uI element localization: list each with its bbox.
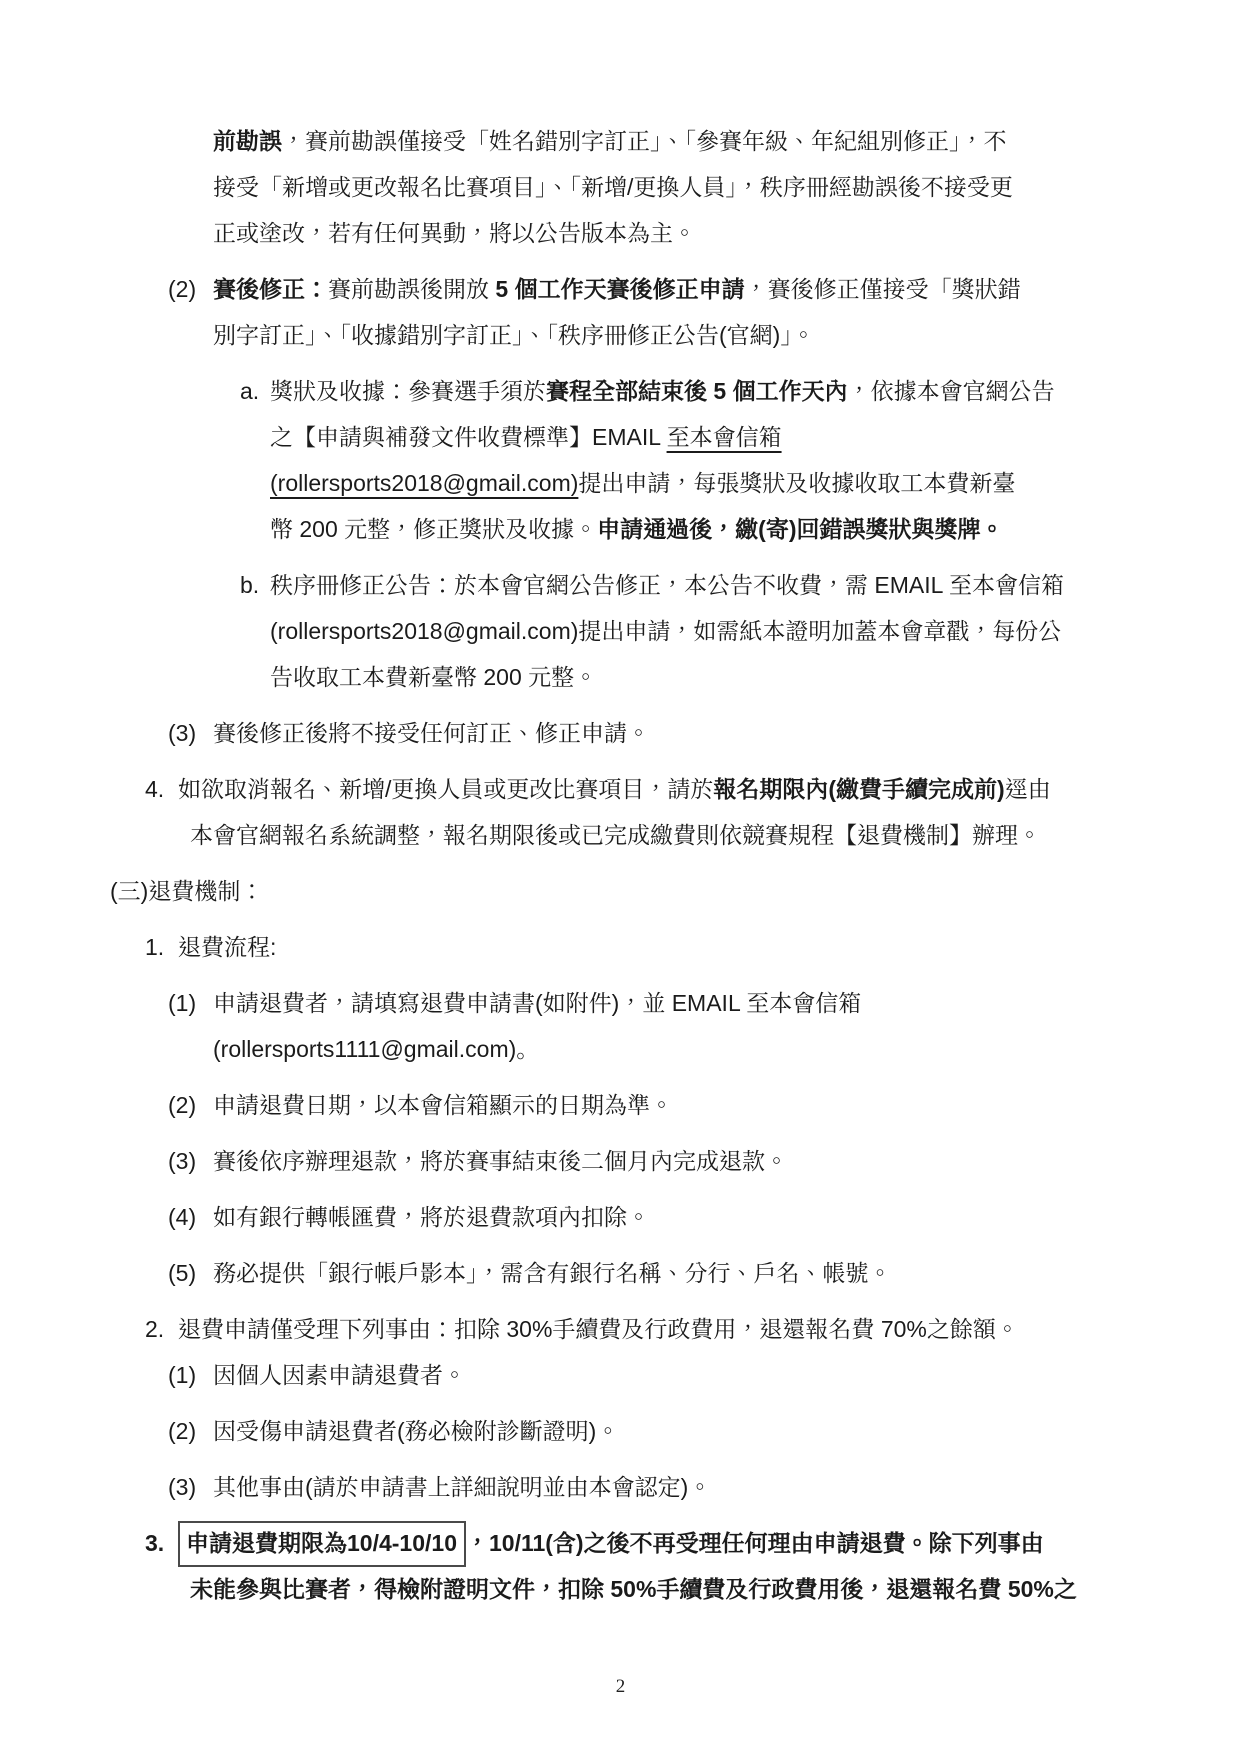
list-item-reason-3: (3)其他事由(請於申請書上詳細說明並由本會認定)。 [0, 1464, 1241, 1510]
list-item-reason-2: (2)因受傷申請退費者(務必檢附診斷證明)。 [0, 1408, 1241, 1454]
text-run: 務必提供「銀行帳戶影本」，需含有銀行名稱、分行、戶名、帳號。 [213, 1260, 892, 1286]
text-run: 獎狀及收據：參賽選手須於 [270, 378, 546, 404]
text-run: 之【申請與補發文件收費標準】EMAIL [270, 424, 667, 450]
list-item-flow-5: (5)務必提供「銀行帳戶影本」，需含有銀行名稱、分行、戶名、帳號。 [0, 1250, 1241, 1296]
list-marker: (3) [168, 1138, 196, 1184]
list-item-reason-1: (1)因個人因素申請退費者。 [0, 1352, 1241, 1398]
bold-run-pre-correction: 前勘誤 [213, 128, 282, 154]
list-item-a-line-2: 之【申請與補發文件收費標準】EMAIL 至本會信箱 [0, 414, 1241, 460]
text-run: 因受傷申請退費者(務必檢附診斷證明)。 [213, 1418, 619, 1444]
list-item-a-line-1: a.獎狀及收據：參賽選手須於賽程全部結束後 5 個工作天內，依據本會官網公告 [0, 368, 1241, 414]
list-marker: (2) [168, 1082, 196, 1128]
list-item-flow-3: (3)賽後依序辦理退款，將於賽事結束後二個月內完成退款。 [0, 1138, 1241, 1184]
text-run: 告收取工本費新臺幣 200 元整。 [270, 664, 597, 690]
list-item-flow-2: (2)申請退費日期，以本會信箱顯示的日期為準。 [0, 1082, 1241, 1128]
list-marker: 4. [145, 766, 164, 812]
bold-run: 申請通過後，繳(寄)回錯誤獎狀與獎牌。 [597, 516, 1003, 542]
list-item-b-line-2: (rollersports2018@gmail.com)提出申請，如需紙本證明加… [0, 608, 1241, 654]
text-run-email-address: (rollersports2018@gmail.com)提出申請，如需紙本證明加… [270, 618, 1061, 644]
list-marker: 1. [145, 924, 164, 970]
text-run: 其他事由(請於申請書上詳細說明並由本會認定)。 [213, 1474, 711, 1500]
bold-run: 賽程全部結束後 5 個工作天內 [546, 378, 848, 404]
text-run: ，依據本會官網公告 [848, 378, 1055, 404]
list-marker: (3) [168, 1464, 196, 1510]
list-item-post-correction-line-1: (2)賽後修正：賽前勘誤後開放 5 個工作天賽後修正申請，賽後修正僅接受「獎狀錯 [0, 266, 1241, 312]
list-marker: (5) [168, 1250, 196, 1296]
bold-run: 5 個工作天賽後修正申請 [495, 276, 744, 302]
list-item-b-line-3: 告收取工本費新臺幣 200 元整。 [0, 654, 1241, 700]
list-marker: a. [240, 368, 259, 414]
list-item-a-line-4: 幣 200 元整，修正獎狀及收據。申請通過後，繳(寄)回錯誤獎狀與獎牌。 [0, 506, 1241, 552]
list-item-post-correction-line-2: 別字訂正」、「收據錯別字訂正」、「秩序冊修正公告(官網)」。 [0, 312, 1241, 358]
text-run: 正或塗改，若有任何異動，將以公告版本為主。 [213, 220, 696, 246]
list-item-a-line-3: (rollersports2018@gmail.com)提出申請，每張獎狀及收據… [0, 460, 1241, 506]
text-run: 別字訂正」、「收據錯別字訂正」、「秩序冊修正公告(官網)」。 [213, 322, 815, 348]
list-item-flow-4: (4)如有銀行轉帳匯費，將於退費款項內扣除。 [0, 1194, 1241, 1240]
bold-run: ，10/11(含)之後不再受理任何理由申請退費。除下列事由 [466, 1530, 1044, 1556]
text-run: 秩序冊修正公告：於本會官網公告修正，本公告不收費，需 EMAIL 至本會信箱 [270, 572, 1064, 598]
text-run: ，賽後修正僅接受「獎狀錯 [745, 276, 1021, 302]
list-item-3num-line-2: 未能參與比賽者，得檢附證明文件，扣除 50%手續費及行政費用後，退還報名費 50… [0, 1566, 1241, 1612]
text-run-email-address: (rollersports1111@gmail.com)。 [213, 1036, 539, 1062]
text-run: 如欲取消報名、新增/更換人員或更改比賽項目，請於 [178, 776, 713, 802]
document-page: 前勘誤，賽前勘誤僅接受「姓名錯別字訂正」、「參賽年級、年紀組別修正」，不 接受「… [0, 0, 1241, 1755]
list-item-3num-line-1: 3.申請退費期限為10/4-10/10，10/11(含)之後不再受理任何理由申請… [0, 1520, 1241, 1566]
text-run: 幣 200 元整，修正獎狀及收據。 [270, 516, 597, 542]
text-run: 逕由 [1005, 776, 1051, 802]
text-run: ，賽前勘誤僅接受「姓名錯別字訂正」、「參賽年級、年紀組別修正」，不 [282, 128, 1007, 154]
list-item-flow-1-line-1: (1)申請退費者，請填寫退費申請書(如附件)，並 EMAIL 至本會信箱 [0, 980, 1241, 1026]
list-item-4-line-1: 4.如欲取消報名、新增/更換人員或更改比賽項目，請於報名期限內(繳費手續完成前)… [0, 766, 1241, 812]
text-run: 退費申請僅受理下列事由：扣除 30%手續費及行政費用，退還報名費 70%之餘額。 [178, 1316, 1019, 1342]
page-number: 2 [0, 1676, 1241, 1698]
text-run: 接受「新增或更改報名比賽項目」、「新增/更換人員」，秩序冊經勘誤後不接受更 [213, 174, 1013, 200]
text-run: 賽後依序辦理退款，將於賽事結束後二個月內完成退款。 [213, 1148, 788, 1174]
list-item-flow-1-line-2: (rollersports1111@gmail.com)。 [0, 1026, 1241, 1072]
underlined-run-email-address: (rollersports2018@gmail.com) [270, 470, 578, 496]
bold-run: 未能參與比賽者，得檢附證明文件，扣除 50%手續費及行政費用後，退還報名費 50… [190, 1576, 1077, 1602]
list-marker: 2. [145, 1306, 164, 1352]
paragraph-pre-correction-line-3: 正或塗改，若有任何異動，將以公告版本為主。 [0, 210, 1241, 256]
text-run: 如有銀行轉帳匯費，將於退費款項內扣除。 [213, 1204, 650, 1230]
list-item-refund-flow-title: 1.退費流程: [0, 924, 1241, 970]
list-marker: (2) [168, 266, 196, 312]
paragraph-pre-correction-line-1: 前勘誤，賽前勘誤僅接受「姓名錯別字訂正」、「參賽年級、年紀組別修正」，不 [0, 118, 1241, 164]
list-marker: b. [240, 562, 259, 608]
list-marker: 3. [145, 1520, 164, 1566]
list-marker: (1) [168, 1352, 196, 1398]
list-item-3paren-line-1: (3)賽後修正後將不接受任何訂正、修正申請。 [0, 710, 1241, 756]
list-item-b-line-1: b.秩序冊修正公告：於本會官網公告修正，本公告不收費，需 EMAIL 至本會信箱 [0, 562, 1241, 608]
list-item-2num: 2.退費申請僅受理下列事由：扣除 30%手續費及行政費用，退還報名費 70%之餘… [0, 1306, 1241, 1352]
text-run: 本會官網報名系統調整，報名期限後或已完成繳費則依競賽規程【退費機制】辦理。 [190, 822, 1041, 848]
list-marker: (1) [168, 980, 196, 1026]
section-heading-text: (三)退費機制： [110, 878, 263, 904]
list-marker: (2) [168, 1408, 196, 1454]
text-run: 退費流程: [178, 934, 276, 960]
list-item-4-line-2: 本會官網報名系統調整，報名期限後或已完成繳費則依競賽規程【退費機制】辦理。 [0, 812, 1241, 858]
text-run: 提出申請，每張獎狀及收據收取工本費新臺 [578, 470, 1015, 496]
underlined-run-mailbox: 至本會信箱 [667, 424, 782, 450]
bold-run: 報名期限內(繳費手續完成前) [713, 776, 1004, 802]
list-marker: (3) [168, 710, 196, 756]
paragraph-pre-correction-line-2: 接受「新增或更改報名比賽項目」、「新增/更換人員」，秩序冊經勘誤後不接受更 [0, 164, 1241, 210]
list-marker: (4) [168, 1194, 196, 1240]
text-run: 申請退費者，請填寫退費申請書(如附件)，並 EMAIL 至本會信箱 [213, 990, 861, 1016]
text-run: 因個人因素申請退費者。 [213, 1362, 466, 1388]
text-run: 賽前勘誤後開放 [328, 276, 495, 302]
text-run: 申請退費日期，以本會信箱顯示的日期為準。 [213, 1092, 673, 1118]
section-heading-refund-mechanism: (三)退費機制： [0, 868, 1241, 914]
bold-run: 賽後修正： [213, 276, 328, 302]
boxed-refund-deadline: 申請退費期限為10/4-10/10 [178, 1521, 466, 1567]
text-run: 賽後修正後將不接受任何訂正、修正申請。 [213, 720, 650, 746]
